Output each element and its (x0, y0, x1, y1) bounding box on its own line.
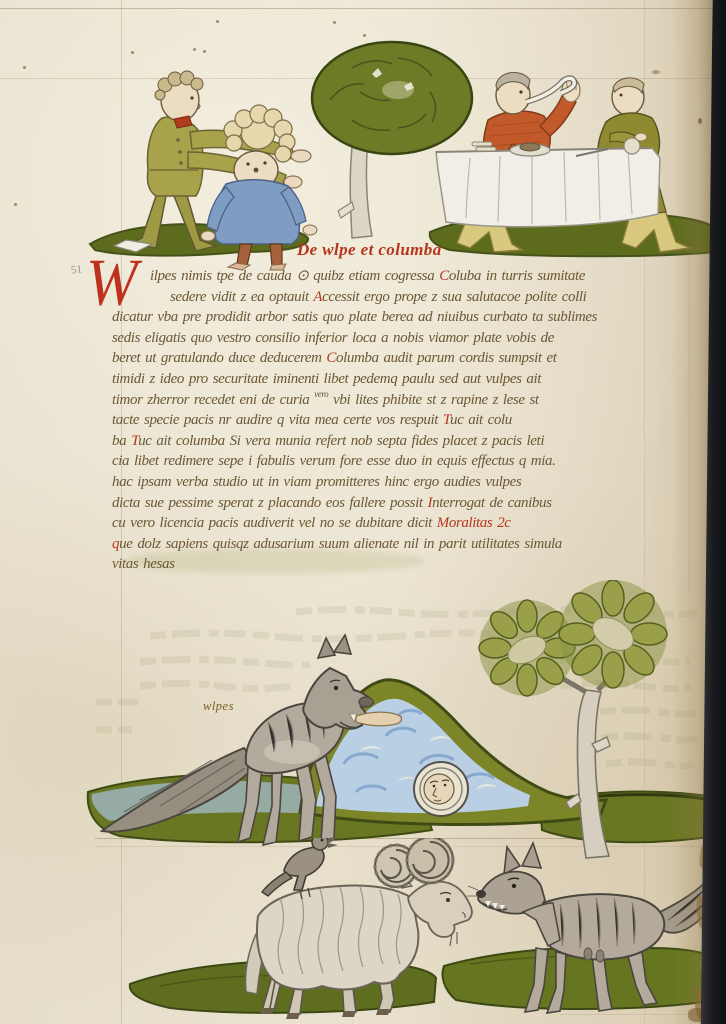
wolf-caption: wlpes (203, 699, 234, 714)
loaf (624, 138, 640, 154)
text-line: dicta sue pessime sperat z placando eos … (112, 493, 698, 514)
top-illustration (0, 0, 726, 272)
ram-fleece (257, 886, 418, 990)
ground-right (443, 947, 719, 1009)
ram-figure (246, 838, 472, 1019)
wolf2-leg (525, 948, 548, 1012)
wolf2-leg (547, 952, 566, 1013)
wolf-figure (102, 635, 402, 845)
food (520, 143, 540, 151)
ram-head (402, 878, 472, 946)
bread-slices (472, 142, 496, 151)
trestle-right (622, 202, 690, 252)
wolf-leg (314, 756, 336, 841)
grass-right (430, 214, 716, 256)
tree-crown-right (559, 580, 667, 688)
ruling-mid2 (95, 846, 715, 847)
text-line: cia libet redimere sepe i fabulis verum … (112, 451, 698, 472)
ram-leg (262, 976, 282, 1011)
wolf-tail (102, 748, 256, 832)
man-figure (114, 71, 311, 252)
ground-left (88, 774, 432, 842)
ruling-top2 (0, 78, 726, 79)
wolf-figure-bottom (467, 843, 719, 1013)
wolf-ear (318, 638, 335, 658)
wolf-body (246, 703, 344, 773)
chapter-heading: De wlpe et columba (297, 240, 442, 260)
text-line: dicatur vba pre prodidit arbor satis quo… (112, 307, 698, 328)
wolf-leg (296, 762, 316, 841)
stream-blue (92, 781, 380, 821)
plate (510, 144, 550, 156)
ram-leg (378, 974, 394, 1012)
text-line: ilpes nimis tpe de cauda ⊙ quibz etiam c… (112, 266, 698, 287)
text-line: ba Tuc ait columba Si vera munia refert … (112, 431, 698, 452)
ground-left (130, 961, 436, 1013)
text-line: sedere vidit z ea optauit Accessit ergo … (112, 287, 698, 308)
ground-right (540, 792, 716, 843)
latin-text-block: ilpes nimis tpe de cauda ⊙ quibz etiam c… (112, 266, 698, 575)
wolf2-head (478, 872, 545, 914)
wolf2-ear (504, 847, 520, 874)
text-line: hac ipsam verba studio ut in viam promit… (112, 472, 698, 493)
knife (576, 149, 608, 156)
twin-tree (479, 580, 667, 858)
text-line: vitas hesas (112, 554, 698, 575)
text-line: timidi z ideo pro securitate iminenti li… (112, 369, 698, 390)
text-line: timor zherror recedet eni de curia vero … (112, 390, 698, 411)
table-scene (430, 72, 716, 256)
bird-figure (262, 838, 340, 899)
wolf2-leg (592, 956, 612, 1011)
wolf-leg (263, 770, 282, 845)
wolf-ear (334, 635, 351, 654)
wolf-tongue (356, 712, 402, 726)
trestle-left (457, 206, 522, 252)
text-line: sedis eligatis quo vestro consilio infer… (112, 328, 698, 349)
wolf-head (303, 668, 373, 729)
tree (312, 42, 472, 238)
text-line: tacte specie pacis nr audire q vita mea … (112, 410, 698, 431)
text-line: cu vero licencia pacis audiverit vel no … (112, 513, 698, 534)
tablecloth (436, 148, 660, 227)
wolf2-leg (628, 952, 657, 1005)
text-line: beret ut gratulando duce deducerem Colum… (112, 348, 698, 369)
speech-scroll (526, 78, 574, 102)
middle-illustration (0, 580, 726, 860)
ruling-top (0, 8, 726, 9)
crease (352, 920, 353, 1024)
ram-leg (288, 982, 304, 1016)
folio-number: 51 (70, 263, 82, 276)
ruling-mid (95, 838, 715, 839)
pond-mound (300, 680, 606, 825)
wolf2-body (540, 894, 665, 959)
bottom-illustration (0, 838, 726, 1024)
wolf-leg (238, 766, 262, 842)
parchment-page: 51 De wlpe et columba W ilpes nimis tpe … (0, 0, 726, 1024)
ram-leg (342, 980, 356, 1014)
bleedthrough-text (96, 610, 698, 767)
ram-tail (246, 930, 270, 994)
text-line: que dolz sapiens quisqz adusarium suum a… (112, 534, 698, 555)
ram-hooves (260, 1008, 390, 1019)
diner-figure (484, 72, 581, 161)
servant-figure (598, 78, 666, 215)
tree-crown-left (479, 600, 575, 696)
manuscript-scan: 51 De wlpe et columba W ilpes nimis tpe … (0, 0, 726, 1024)
dove-face (414, 762, 468, 816)
